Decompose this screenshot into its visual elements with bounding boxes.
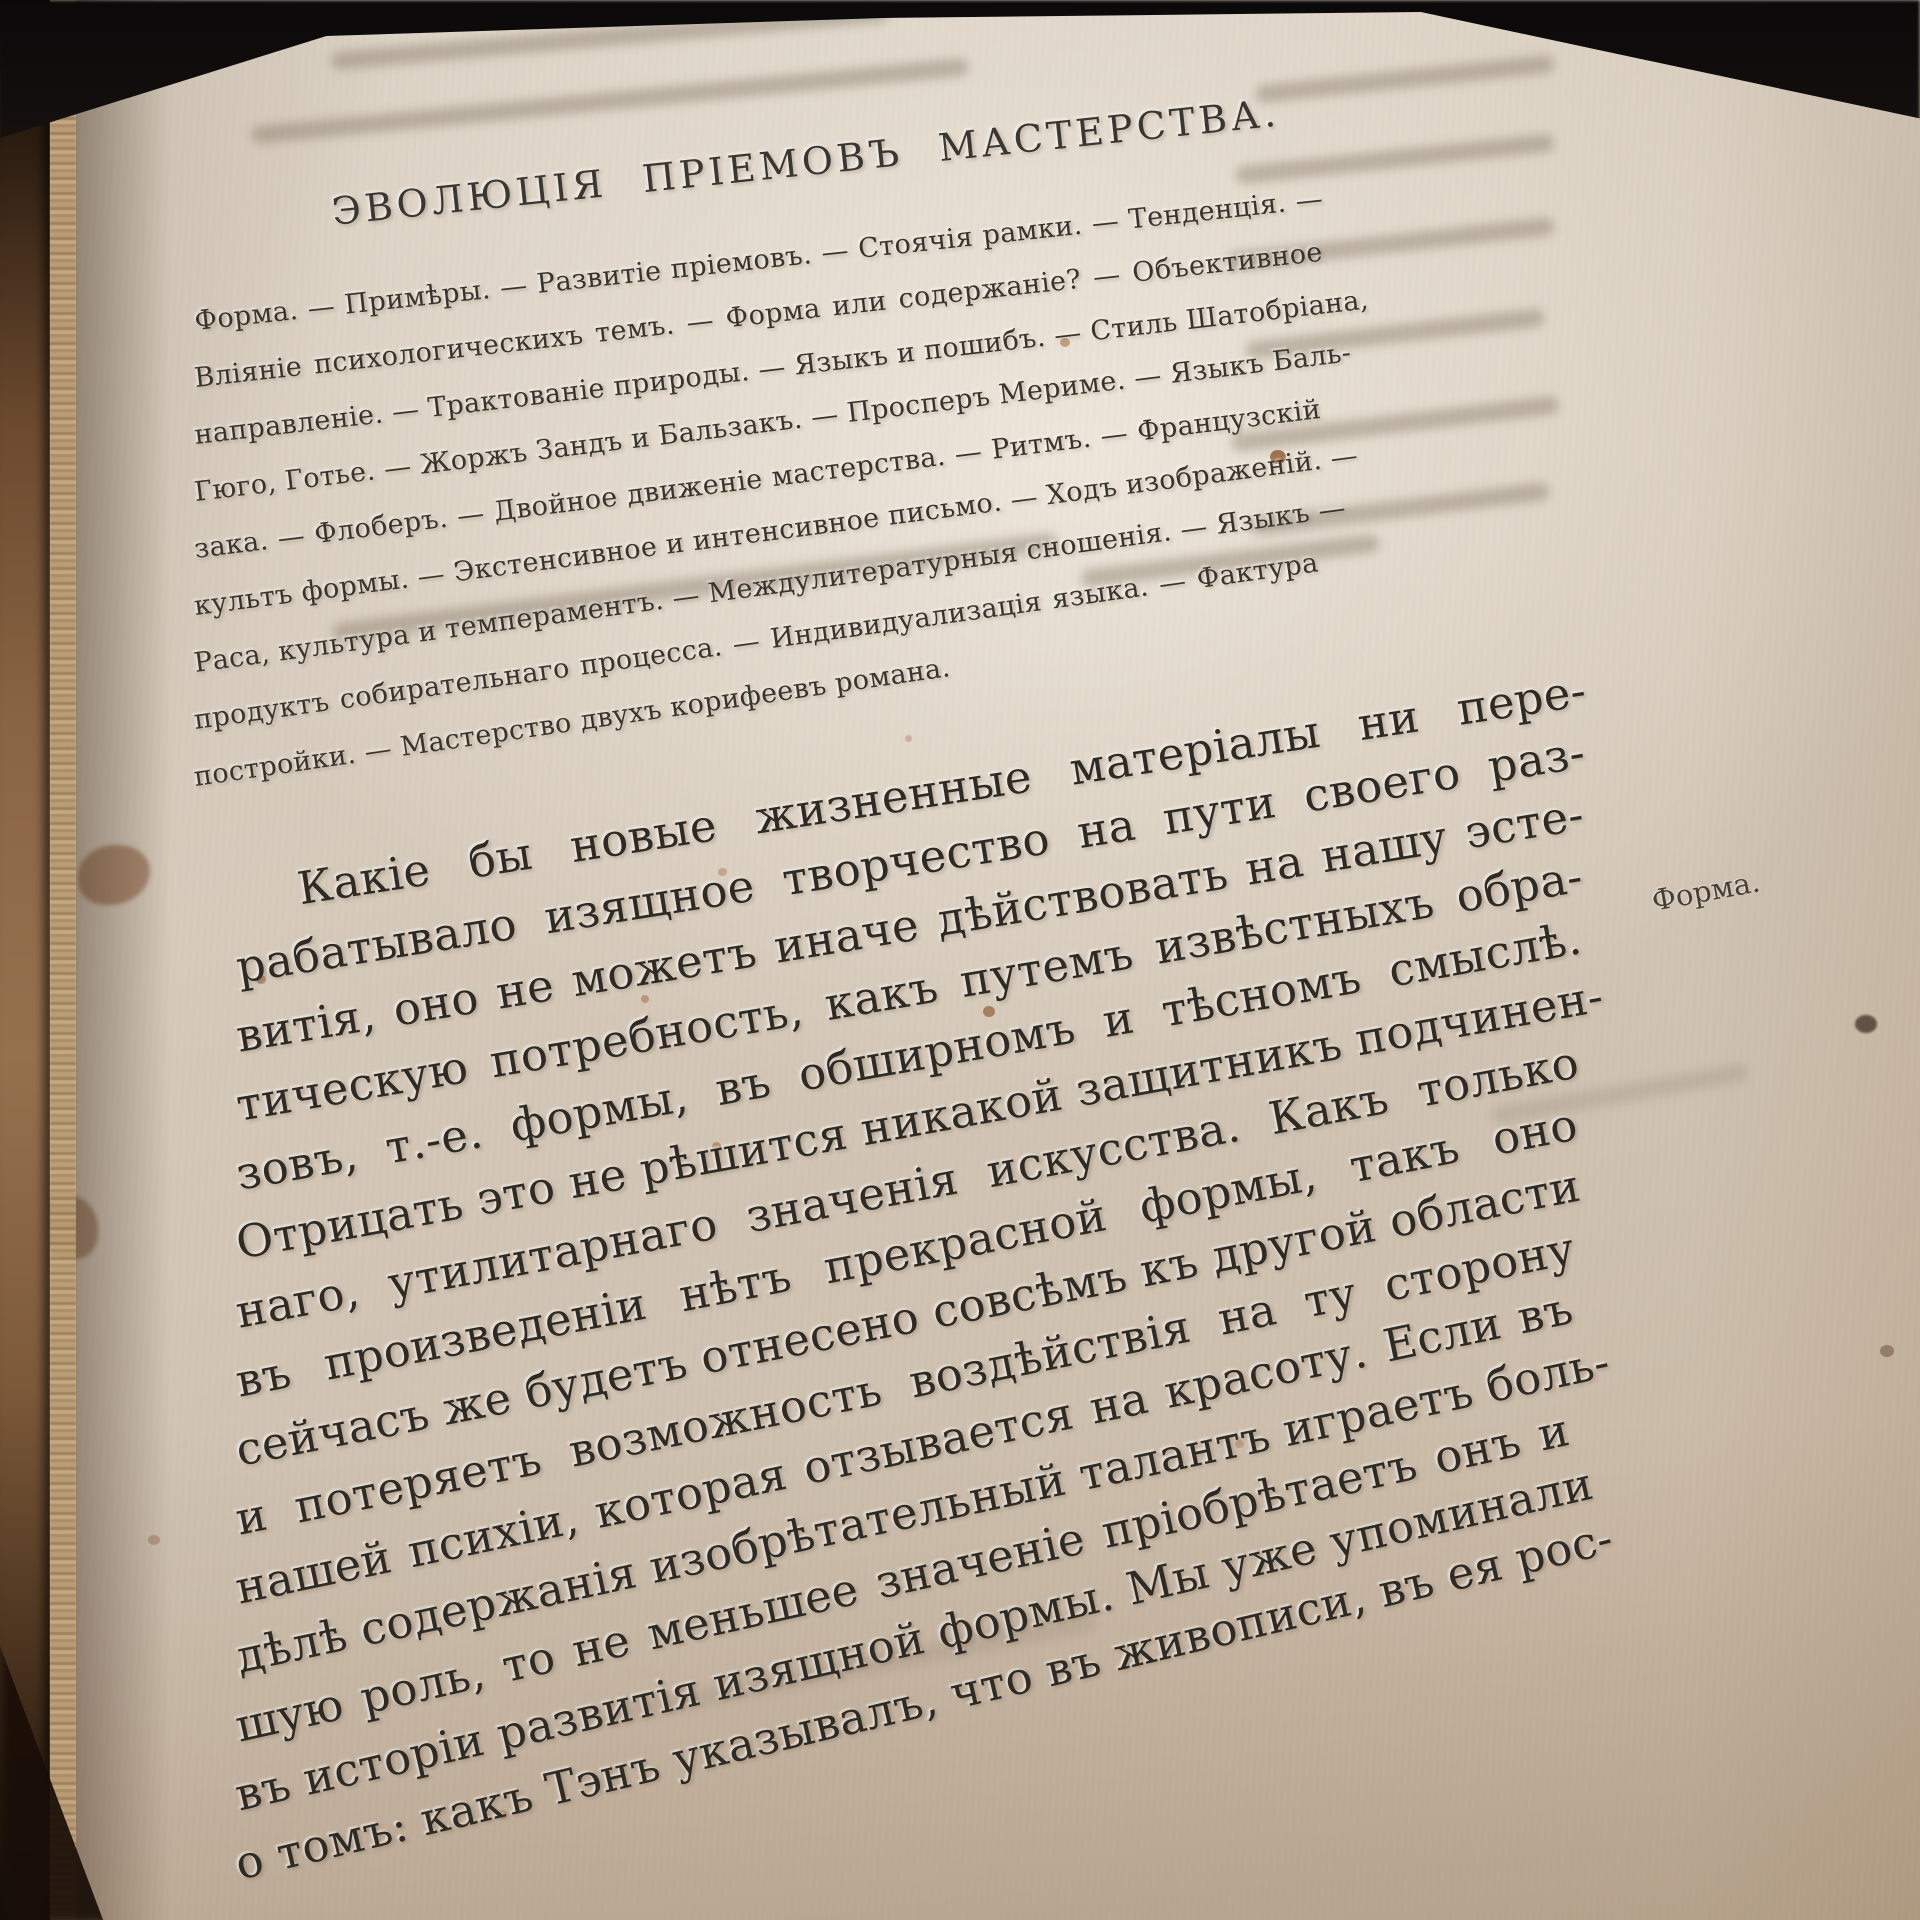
stain-spot xyxy=(1880,1345,1894,1357)
gutter-shadow xyxy=(76,0,171,1920)
page-fore-edge xyxy=(50,0,76,1920)
body-paragraph: Какіе бы новые жизненные матеріалы ни пе… xyxy=(238,872,1603,1907)
stain-spot xyxy=(1855,1015,1877,1033)
photo-frame: ЭВОЛЮЦІЯ ПРІЕМОВЪ МАСТЕРСТВА. Форма. — П… xyxy=(0,0,1920,1920)
book-binding-edge xyxy=(0,0,50,1920)
